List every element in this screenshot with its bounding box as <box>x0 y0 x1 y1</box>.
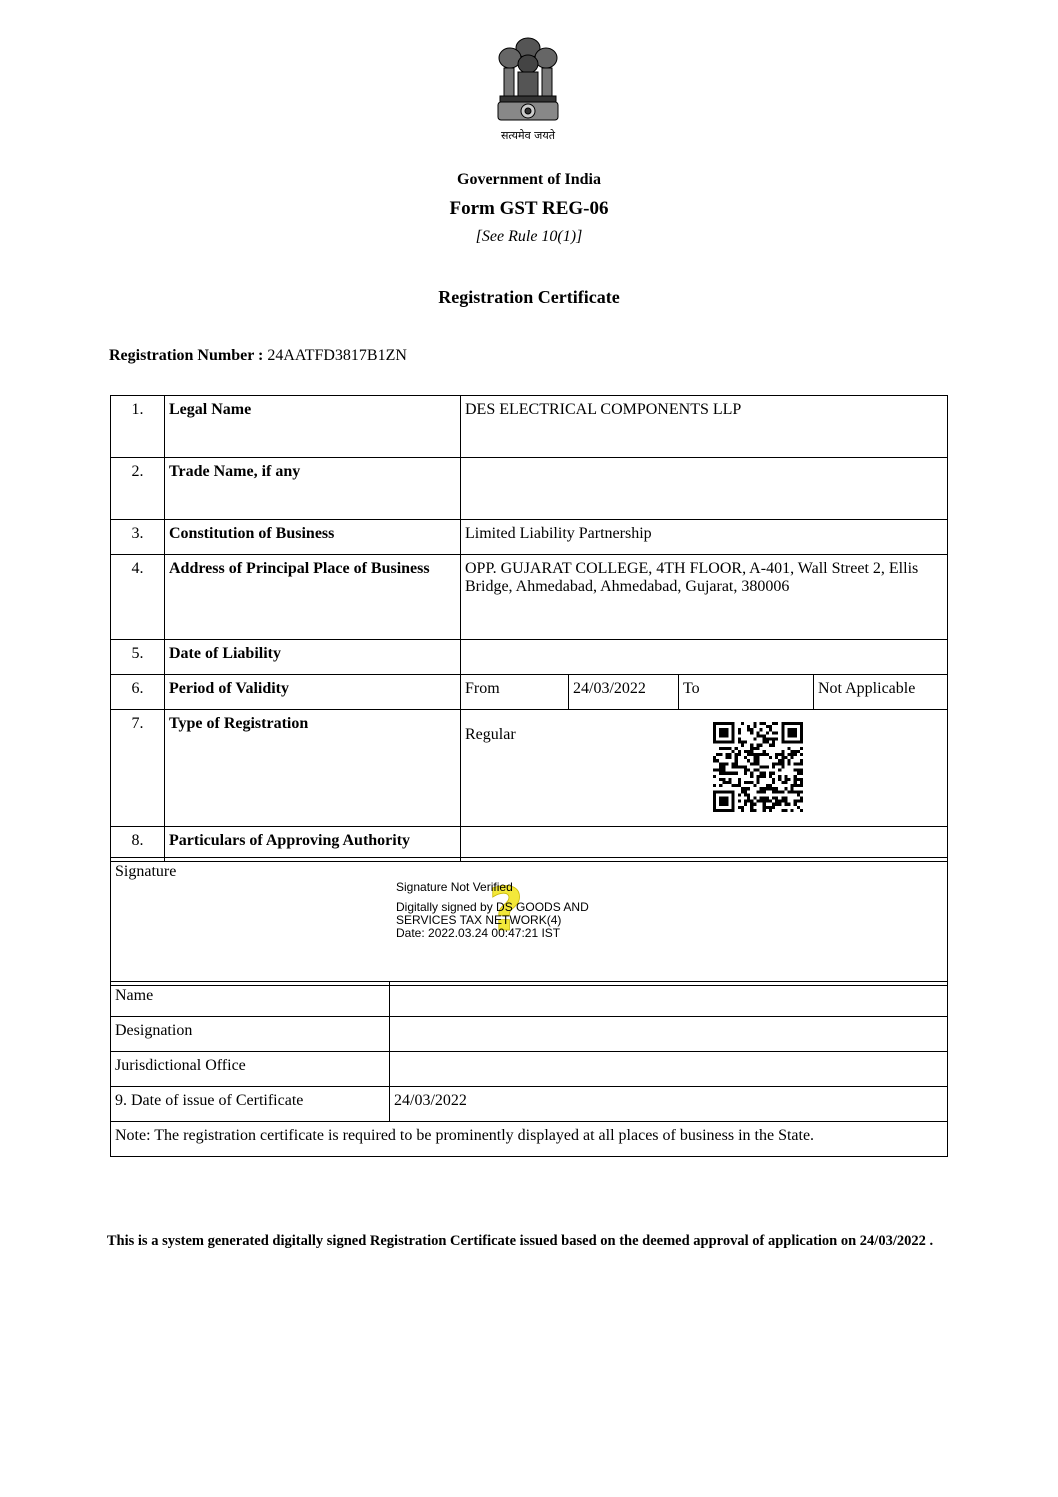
authority-value <box>390 1052 948 1087</box>
signature-label: Signature <box>115 863 176 880</box>
authority-label: Name <box>111 982 390 1017</box>
note-text: Note: The registration certificate is re… <box>111 1122 948 1157</box>
row-label: Legal Name <box>165 396 461 458</box>
validity-from-value: 24/03/2022 <box>569 675 679 710</box>
row-number: 3. <box>111 520 165 555</box>
digital-signature-block: Signature Not Verified Digitally signed … <box>396 881 589 940</box>
registration-number-value: 24AATFD3817B1ZN <box>267 347 407 364</box>
authority-label: Jurisdictional Office <box>111 1052 390 1087</box>
row-label: Trade Name, if any <box>165 458 461 520</box>
row-number: 4. <box>111 555 165 640</box>
table-row: 1. Legal Name DES ELECTRICAL COMPONENTS … <box>111 396 948 458</box>
signature-cell: Signature ? Signature Not Verified Digit… <box>111 858 948 986</box>
certificate-title: Registration Certificate <box>0 287 1058 308</box>
row-label: Constitution of Business <box>165 520 461 555</box>
row-label: Address of Principal Place of Business <box>165 555 461 640</box>
row-number: 1. <box>111 396 165 458</box>
registration-number-label: Registration Number : <box>109 347 263 364</box>
footer-statement: This is a system generated digitally sig… <box>0 1233 1040 1250</box>
date-of-liability-value <box>461 640 948 675</box>
table-row: 5. Date of Liability <box>111 640 948 675</box>
form-title: Form GST REG-06 <box>0 198 1058 220</box>
table-row: Jurisdictional Office <box>111 1052 948 1087</box>
authority-value <box>390 982 948 1017</box>
registration-details-table: 1. Legal Name DES ELECTRICAL COMPONENTS … <box>110 395 948 862</box>
emblem-motto: सत्यमेव जयते <box>478 128 578 143</box>
constitution-value: Limited Liability Partnership <box>461 520 948 555</box>
validity-from-label: From <box>461 675 569 710</box>
validity-to-label: To <box>679 675 814 710</box>
signature-table: Signature ? Signature Not Verified Digit… <box>110 857 948 986</box>
table-row: 4. Address of Principal Place of Busines… <box>111 555 948 640</box>
table-row: 3. Constitution of Business Limited Liab… <box>111 520 948 555</box>
table-row: Name <box>111 982 948 1017</box>
national-emblem-icon <box>490 32 566 142</box>
validity-to-value: Not Applicable <box>814 675 948 710</box>
table-row: Designation <box>111 1017 948 1052</box>
issue-date-label: 9. Date of issue of Certificate <box>111 1087 390 1122</box>
rule-reference: [See Rule 10(1)] <box>0 228 1058 246</box>
row-number: 7. <box>111 710 165 827</box>
row-number: 5. <box>111 640 165 675</box>
row-label: Date of Liability <box>165 640 461 675</box>
table-row: 2. Trade Name, if any <box>111 458 948 520</box>
table-row: 9. Date of issue of Certificate 24/03/20… <box>111 1087 948 1122</box>
signature-status: Signature Not Verified <box>396 881 589 894</box>
row-label: Type of Registration <box>165 710 461 827</box>
signature-row: Signature ? Signature Not Verified Digit… <box>111 858 948 986</box>
qr-code-icon <box>713 722 803 812</box>
authority-label: Designation <box>111 1017 390 1052</box>
authority-table: Name Designation Jurisdictional Office 9… <box>110 981 948 1157</box>
row-label: Period of Validity <box>165 675 461 710</box>
table-row: Note: The registration certificate is re… <box>111 1122 948 1157</box>
row-number: 6. <box>111 675 165 710</box>
table-row: 7. Type of Registration Regular <box>111 710 948 827</box>
trade-name-value <box>461 458 948 520</box>
registration-type-value: Regular <box>461 710 948 827</box>
issue-date-value: 24/03/2022 <box>390 1087 948 1122</box>
signature-date: Date: 2022.03.24 00:47:21 IST <box>396 927 589 940</box>
table-row: 6. Period of Validity From 24/03/2022 To… <box>111 675 948 710</box>
authority-value <box>390 1017 948 1052</box>
government-heading: Government of India <box>0 171 1058 189</box>
address-value: OPP. GUJARAT COLLEGE, 4TH FLOOR, A-401, … <box>461 555 948 640</box>
legal-name-value: DES ELECTRICAL COMPONENTS LLP <box>461 396 948 458</box>
row-number: 2. <box>111 458 165 520</box>
registration-number: Registration Number : 24AATFD3817B1ZN <box>109 347 407 365</box>
